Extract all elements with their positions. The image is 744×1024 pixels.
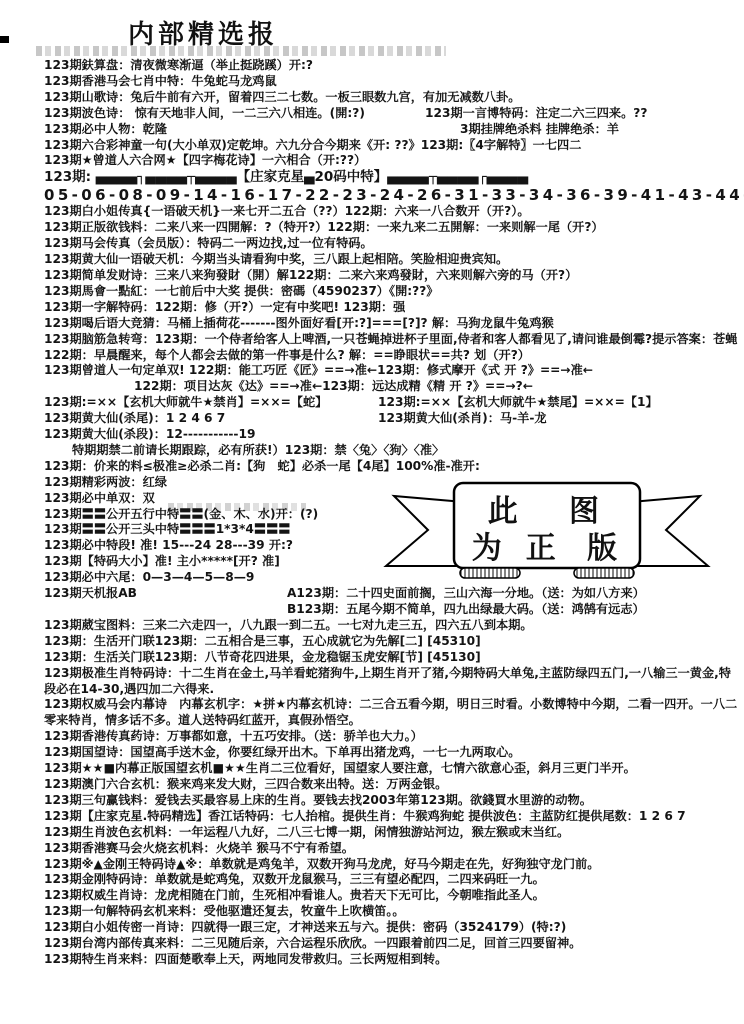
report-line-text: 123期白小姐传真{一语破天机}一来七开二五合（??）122期：六来一八合数开（… bbox=[44, 204, 530, 218]
report-line: 123期★★■内幕正版国望玄机■★★生肖二三位看好，国望家人要注意，七情六欲意心… bbox=[44, 761, 738, 777]
report-line-text: 123期正版欲钱料：二来八来一四開解：?（特开?）122期：一来九来二五開解：一… bbox=[44, 220, 604, 234]
banner-scroll-roll-left bbox=[460, 568, 520, 578]
authenticity-banner: 此 图 为 正 版 bbox=[380, 480, 714, 584]
report-line: 123期台湾内部传真来料：二三见随后亲，六合运程乐欣欣。一四跟着前四二足，回首三… bbox=[44, 936, 738, 952]
report-line: 123期简单发财诗：三来八来狗發財（開）解122期：二来六来鸡發財，六来则解六旁… bbox=[44, 268, 738, 284]
report-line: 123期白小姐传密一肖诗：四就得一跟三定，才神送来五与六。提供：密码（35241… bbox=[44, 920, 738, 936]
report-line: 123期一字解特码：122期：修（开?）一定有中奖吧! 123期：强 bbox=[44, 300, 738, 316]
report-line: 123期澳门六合玄机：猴来鸡来发大财，三四合数来出特。送：万两金银。 bbox=[44, 777, 738, 793]
print-edge-mark bbox=[0, 36, 9, 43]
banner-right-ribbon bbox=[630, 496, 708, 566]
report-line: 05-06-08-09-14-16-17-22-23-24-26-31-33-3… bbox=[44, 186, 738, 204]
report-line-text-right: 123期:=××【玄机大师就牛★禁尾】=××=【1】 bbox=[378, 395, 658, 411]
report-line: 123期波色诗： 惊有天地非人间，一二三六八相连。(開:?) 123期一言博特码… bbox=[44, 106, 738, 122]
report-line-text: 123期一句解特码玄机来料：受他驱遣还复去，牧童牛上吹横笛。。 bbox=[44, 904, 405, 918]
report-line-text: 123期必中单双：双 bbox=[44, 491, 155, 505]
report-line: 123期喝后语大竞猜：马桶上插荷花-------图外面好看[开:?]===[?]… bbox=[44, 316, 738, 332]
report-line: 123期：生活开门联123期：二五相合是三事，五心成就它为先解[二] [4531… bbox=[44, 634, 738, 650]
report-line-text: 123期香港传真药诗：万事都如意，十五巧安排。（送：骄羊也大力。） bbox=[44, 729, 423, 743]
report-line-text: 123期黄大仙(杀段)：12-----------19 bbox=[44, 427, 255, 441]
report-line-text: 123期极准生肖特码诗：十二生肖在金土,马羊看蛇猪狗牛,上期生肖开了猪,今期特码… bbox=[44, 666, 731, 696]
report-line-text: 123期黄大仙(杀尾)：1 2 4 6 7 bbox=[44, 411, 225, 425]
report-line-text: 123期：价来的料≤极准≥必杀二肖:【狗 蛇】必杀一尾【4尾】100%准-准开: bbox=[44, 459, 480, 473]
report-line: 123期白小姐传真{一语破天机}一来七开二五合（??）122期：六来一八合数开（… bbox=[44, 204, 738, 220]
report-line: 123期黄大仙一语破天机：今期当头请看狗中奖，三八跟上起相陪。笑脸相迎贵宾知。 bbox=[44, 252, 738, 268]
report-line-text: 123期三句赢钱料：爱钱去买最容易上床的生肖。要钱去找2003年第123期。欲錢… bbox=[44, 793, 592, 807]
report-line-text: 123期脑筋急转弯：123期：一个侍者给客人上啤酒,一只苍蝇掉进杯子里面,侍者和… bbox=[44, 332, 737, 362]
report-line-text: 123期鈇算盘：清夜微寒渐逼（举止挺跷蹊）开:? bbox=[44, 58, 313, 72]
banner-left-ribbon bbox=[386, 496, 464, 566]
report-line-text: 123期山歌诗：兔后牛前有六开，留着四三二七数。一板三眼数九宫，有加无减数八卦。 bbox=[44, 90, 520, 104]
report-line-text: 122期：项目达灰《达》==→准←123期：远达成精《精 开 ?》==→?← bbox=[134, 379, 533, 393]
banner-scroll-roll-right bbox=[574, 568, 634, 578]
report-line-text: 123期必中六尾：0—3—4—5—8—9 bbox=[44, 570, 254, 584]
report-line-text-right: A123期：二十四史面前搁，三山六海一分地。（送：为如八方来） bbox=[287, 586, 645, 602]
report-line-text: 123期必中特段! 准! 15---24 28---39 开:? bbox=[44, 538, 293, 552]
report-line-text: 123期〓〓公开三头中特〓〓〓1*3*4〓〓〓 bbox=[44, 522, 290, 536]
report-line: 123期★曾道人六合网★【四字梅花诗】一六相合（开:??） bbox=[44, 153, 738, 169]
report-line: 123期极准生肖特码诗：十二生肖在金土,马羊看蛇猪狗牛,上期生肖开了猪,今期特码… bbox=[44, 666, 738, 698]
report-line: 123期正版欲钱料：二来八来一四開解：?（特开?）122期：一来九来二五開解：一… bbox=[44, 220, 738, 236]
report-line: 123期一句解特码玄机来料：受他驱遣还复去，牧童牛上吹横笛。。 bbox=[44, 904, 738, 920]
report-line-text: 123期馬會一點紅：一七前后中大奖 提供：密碼（4590237）《開:??》 bbox=[44, 284, 438, 298]
report-line: 123期马会传真（会员版）：特码二一两边找,过一位有特码。 bbox=[44, 236, 738, 252]
report-line: 123期馬會一點紅：一七前后中大奖 提供：密碼（4590237）《開:??》 bbox=[44, 284, 738, 300]
report-line: 123期香港赛马会火烧玄机料：火烧羊 猴马不宁有希望。 bbox=[44, 841, 738, 857]
report-line: 123期：生活关门联123期：八节奇花四进果，金龙稳锯玉虎安解[节] [4513… bbox=[44, 650, 738, 666]
report-line-text: 123期六合彩神童一句(大小单双)定乾坤。六九分合今期来《开: ??》123期:… bbox=[44, 138, 581, 152]
report-line: 123期国望诗：国望高手送木金，你要红绿开出木。下单再出猪龙鸡，一七一九两取心。 bbox=[44, 745, 738, 761]
report-line-text: 123期:=××【玄机大师就牛★禁肖】=××=【蛇】 bbox=[44, 395, 327, 409]
report-line: 123期曾道人一句定单双! 122期：能工巧匠《匠》==→准←123期：修式摩开… bbox=[44, 363, 738, 379]
report-line-text: 123期：生活关门联123期：八节奇花四进果，金龙稳锯玉虎安解[节] [4513… bbox=[44, 650, 481, 664]
report-line: 123期香港马会七肖中特：牛兔蛇马龙鸡鼠 bbox=[44, 74, 738, 90]
report-line-text: 123期〓〓公开五行中特〓〓(金、木、水)开：(?) bbox=[44, 507, 318, 521]
report-line-text: 123期简单发财诗：三来八来狗發財（開）解122期：二来六来鸡發財，六来则解六旁… bbox=[44, 268, 577, 282]
report-line-text: 123期【庄家克星.特码精选】香江话特码：七人抬棺。提供生肖：牛猴鸡狗蛇 提供波… bbox=[44, 809, 686, 823]
report-line-text: 123期精彩两波：红绿 bbox=[44, 475, 167, 489]
report-line-text: 123期黄大仙一语破天机：今期当头请看狗中奖，三八跟上起相陪。笑脸相迎贵宾知。 bbox=[44, 252, 508, 266]
report-line-text: 123期※▲金刚王特码诗▲※：单数就是鸡兔羊，双数开狗马龙虎，好马今期走在先，好… bbox=[44, 857, 599, 871]
banner-text-row2: 为 正 版 bbox=[472, 531, 617, 566]
report-line-text: 123期必中人物：乾隆 bbox=[44, 122, 167, 136]
report-line-text: 123期葳宝图料：三来二六走四一，八九跟一到二五。一七对九走三五，四六五八到本期… bbox=[44, 618, 533, 632]
report-line: 123期必中人物：乾隆 3期挂牌绝杀料 挂牌绝杀：羊 bbox=[44, 122, 738, 138]
report-line: 123期:=××【玄机大师就牛★禁肖】=××=【蛇】 123期:=××【玄机大师… bbox=[44, 395, 738, 411]
report-line-text: 123期权威生肖诗：龙虎相随在门前，生死相冲看谁人。贵若天下无可比，今朝唯指此圣… bbox=[44, 888, 545, 902]
report-line-text: 05-06-08-09-14-16-17-22-23-24-26-31-33-3… bbox=[44, 186, 744, 204]
report-line: 123期黄大仙(杀尾)：1 2 4 6 7 123期黄大仙(杀肖)：马-羊-龙 bbox=[44, 411, 738, 427]
report-line-text: 123期：生活开门联123期：二五相合是三事，五心成就它为先解[二] [4531… bbox=[44, 634, 481, 648]
report-line: 123期天机报AB A123期：二十四史面前搁，三山六海一分地。（送：为如八方来… bbox=[44, 586, 738, 602]
report-line-text: 123期【特码大小】准! 主小*****[开? 准] bbox=[44, 554, 280, 568]
report-line: 123期脑筋急转弯：123期：一个侍者给客人上啤酒,一只苍蝇掉进杯子里面,侍者和… bbox=[44, 332, 738, 364]
report-line-text: B123期：五尾今期不简单，四九出绿最大码。（送：鸿鹄有远志） bbox=[287, 602, 645, 616]
report-line: 123期: ▄▄▄▄┐▄▄▄▄┬▄▄▄▄【庄家克星▄20码中特】▄▄▄▄┬▄▄▄… bbox=[44, 169, 738, 186]
report-line-text: 123期国望诗：国望高手送木金，你要红绿开出木。下单再出猪龙鸡，一七一九两取心。 bbox=[44, 745, 520, 759]
report-line: 123期黄大仙(杀段)：12-----------19 bbox=[44, 427, 738, 443]
report-line-text: 123期曾道人一句定单双! 122期：能工巧匠《匠》==→准←123期：修式摩开… bbox=[44, 363, 593, 377]
report-line-text-right: 123期一言博特码：注定二六三四来。?? bbox=[425, 106, 647, 122]
report-line-text: 123期台湾内部传真来料：二三见随后亲，六合运程乐欣欣。一四跟着前四二足，回首三… bbox=[44, 936, 581, 950]
report-line: 123期葳宝图料：三来二六走四一，八九跟一到二五。一七对九走三五，四六五八到本期… bbox=[44, 618, 738, 634]
report-line-text: 123期特生肖来料：四面楚歌奉上天，两地同发带救归。三长两短相到转。 bbox=[44, 952, 447, 966]
report-line: 123期六合彩神童一句(大小单双)定乾坤。六九分合今期来《开: ??》123期:… bbox=[44, 138, 738, 154]
report-line: 123期特生肖来料：四面楚歌奉上天，两地同发带救归。三长两短相到转。 bbox=[44, 952, 738, 968]
report-line-text: 123期喝后语大竞猜：马桶上插荷花-------图外面好看[开:?]===[?]… bbox=[44, 316, 554, 330]
report-line-text: 123期★★■内幕正版国望玄机■★★生肖二三位看好，国望家人要注意，七情六欲意心… bbox=[44, 761, 636, 775]
report-line: 123期金刚特码诗：单数就是蛇鸡兔，双数开龙鼠猴马，三三有望必配四，二四来码旺一… bbox=[44, 872, 738, 888]
report-line: 123期※▲金刚王特码诗▲※：单数就是鸡兔羊，双数开狗马龙虎，好马今期走在先，好… bbox=[44, 857, 738, 873]
report-line-text: 123期: ▄▄▄▄┐▄▄▄▄┬▄▄▄▄【庄家克星▄20码中特】▄▄▄▄┬▄▄▄… bbox=[44, 169, 528, 185]
report-line: 123期权威马会内幕诗 内幕玄机字：★拼★内幕玄机诗：二三合五看今期，明日三时看… bbox=[44, 697, 738, 729]
report-line-text: 123期香港马会七肖中特：牛兔蛇马龙鸡鼠 bbox=[44, 74, 277, 88]
report-line-text-right: 123期黄大仙(杀肖)：马-羊-龙 bbox=[378, 411, 547, 427]
report-line-text: 123期白小姐传密一肖诗：四就得一跟三定，才神送来五与六。提供：密码（35241… bbox=[44, 920, 566, 934]
report-line-text: 123期★曾道人六合网★【四字梅花诗】一六相合（开:??） bbox=[44, 153, 366, 167]
report-line-text: 123期天机报AB bbox=[44, 586, 137, 600]
report-line: 123期生肖波色玄机料：一年运程八九好，二八三七博一期，闲情独游站河边，猴左猴或… bbox=[44, 825, 738, 841]
report-line-text: 123期马会传真（会员版）：特码二一两边找,过一位有特码。 bbox=[44, 236, 373, 250]
report-line: B123期：五尾今期不简单，四九出绿最大码。（送：鸿鹄有远志） bbox=[44, 602, 738, 618]
report-line: 123期权威生肖诗：龙虎相随在门前，生死相冲看谁人。贵若天下无可比，今朝唯指此圣… bbox=[44, 888, 738, 904]
report-line: 特期期禁二前请长期跟踪，必有所获!）123期：禁〈兔〉〈狗〉〈准〉 bbox=[44, 443, 738, 459]
report-line: 123期香港传真药诗：万事都如意，十五巧安排。（送：骄羊也大力。） bbox=[44, 729, 738, 745]
report-line: 123期三句赢钱料：爱钱去买最容易上床的生肖。要钱去找2003年第123期。欲錢… bbox=[44, 793, 738, 809]
report-line-text: 123期香港赛马会火烧玄机料：火烧羊 猴马不宁有希望。 bbox=[44, 841, 354, 855]
report-line-text: 123期一字解特码：122期：修（开?）一定有中奖吧! 123期：强 bbox=[44, 300, 405, 314]
report-line: 123期【庄家克星.特码精选】香江话特码：七人抬棺。提供生肖：牛猴鸡狗蛇 提供波… bbox=[44, 809, 738, 825]
report-line-text: 特期期禁二前请长期跟踪，必有所获!）123期：禁〈兔〉〈狗〉〈准〉 bbox=[72, 443, 444, 457]
report-line-text: 123期生肖波色玄机料：一年运程八九好，二八三七博一期，闲情独游站河边，猴左猴或… bbox=[44, 825, 569, 839]
report-line: 123期：价来的料≤极准≥必杀二肖:【狗 蛇】必杀一尾【4尾】100%准-准开: bbox=[44, 459, 738, 475]
report-line: 122期：项目达灰《达》==→准←123期：远达成精《精 开 ?》==→?← bbox=[44, 379, 738, 395]
faded-print-artifact-top bbox=[36, 46, 446, 56]
report-line: 123期山歌诗：兔后牛前有六开，留着四三二七数。一板三眼数九宫，有加无减数八卦。 bbox=[44, 90, 738, 106]
report-line-text: 123期澳门六合玄机：猴来鸡来发大财，三四合数来出特。送：万两金银。 bbox=[44, 777, 447, 791]
report-line-text: 123期波色诗： 惊有天地非人间，一二三六八相连。(開:?) bbox=[44, 106, 365, 120]
report-line-text: 123期金刚特码诗：单数就是蛇鸡兔，双数开龙鼠猴马，三三有望必配四，二四来码旺一… bbox=[44, 872, 545, 886]
report-line: 123期鈇算盘：清夜微寒渐逼（举止挺跷蹊）开:? bbox=[44, 58, 738, 74]
report-line-text-right: 3期挂牌绝杀料 挂牌绝杀：羊 bbox=[460, 122, 619, 138]
report-line-text: 123期权威马会内幕诗 内幕玄机字：★拼★内幕玄机诗：二三合五看今期，明日三时看… bbox=[44, 697, 737, 727]
